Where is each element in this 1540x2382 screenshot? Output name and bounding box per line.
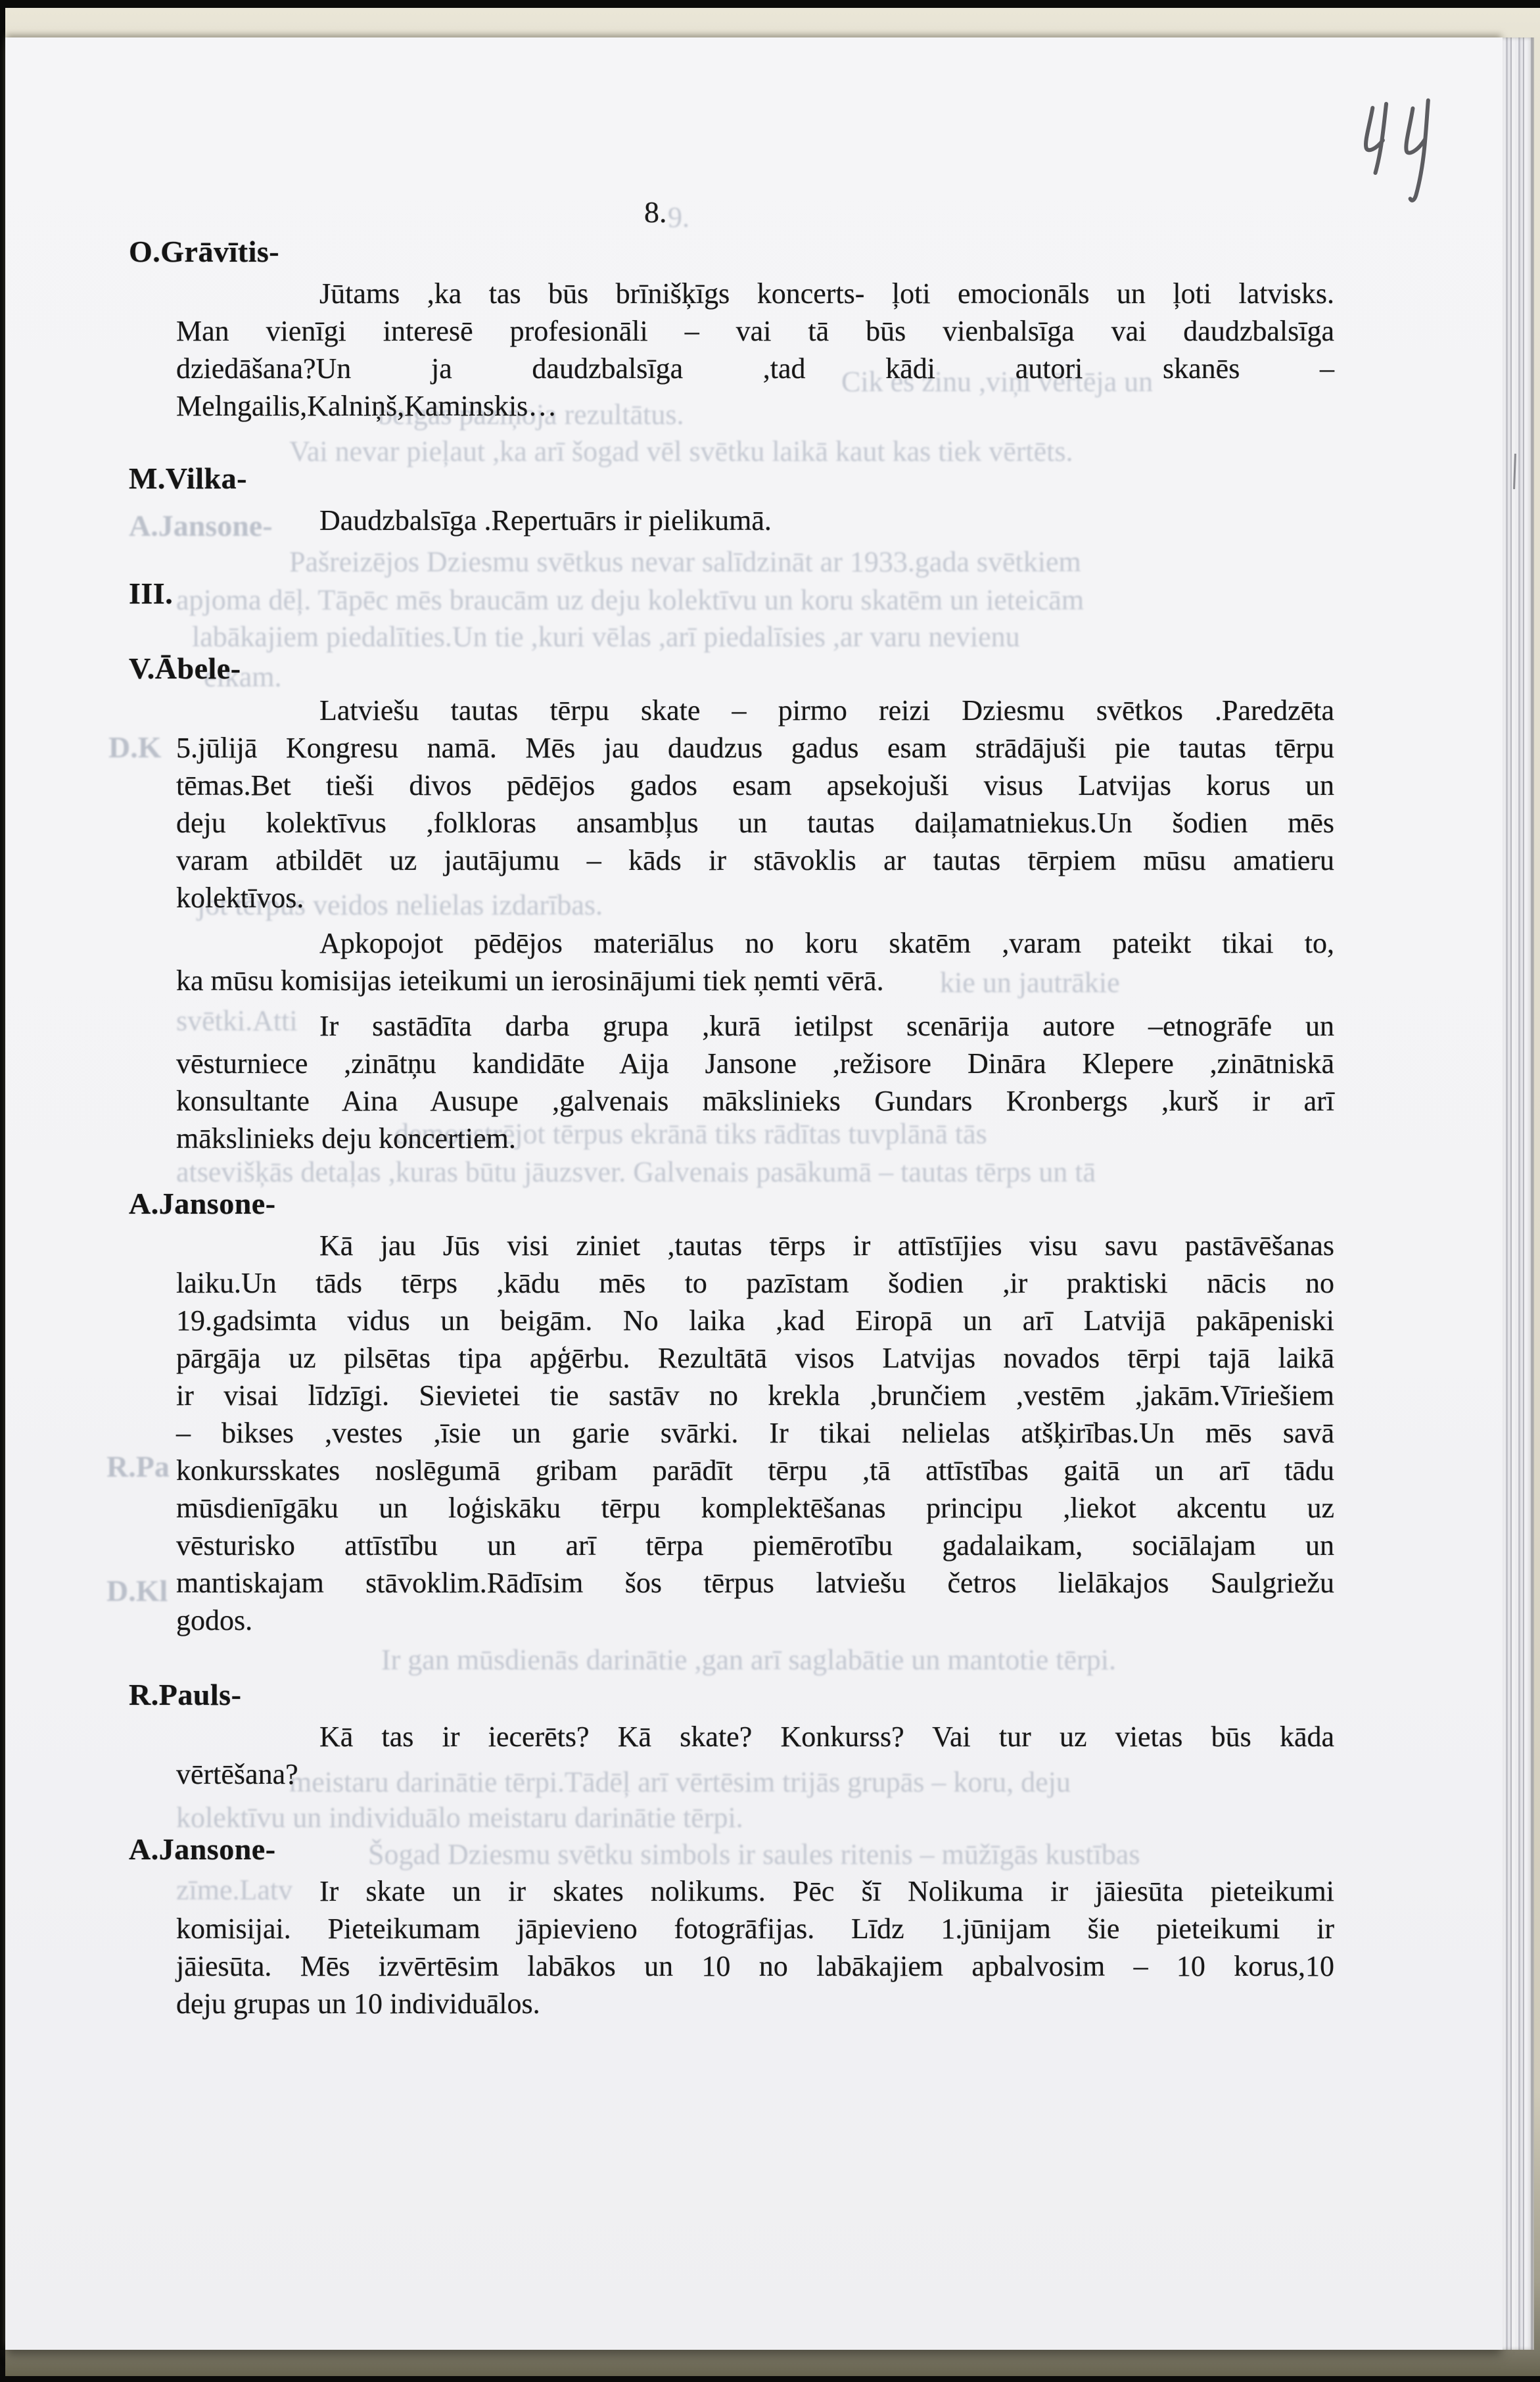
speaker-section: R.Pauls-Kā tas ir iecerēts? Kā skate? Ko… <box>0 1680 1540 1800</box>
text-line: godos. <box>176 1602 1334 1639</box>
ghost-bleed-text: kolektīvu un individuālo meistaru darinā… <box>176 1801 743 1834</box>
paragraph: Kā tas ir iecerēts? Kā skate? Konkurss? … <box>176 1718 1334 1793</box>
text-line: laiku.Un tāds tērps ,kādu mēs to pazīsta… <box>176 1264 1334 1302</box>
paragraph: Daudzbalsīga .Repertuārs ir pielikumā. <box>176 502 1334 539</box>
speaker-label: R.Pauls- <box>129 1680 1540 1710</box>
text-line: Latviešu tautas tērpu skate – pirmo reiz… <box>176 692 1334 729</box>
speaker-label: III. <box>129 579 1540 609</box>
speaker-section: A.Jansone-Kā jau Jūs visi ziniet ,tautas… <box>0 1189 1540 1646</box>
text-line: Apkopojot pēdējos materiālus no koru ska… <box>176 924 1334 962</box>
paragraph: Jūtams ,ka tas būs brīnišķīgs koncerts- … <box>176 275 1334 425</box>
text-line: ir visai līdzīgi. Sievietei tie sastāv n… <box>176 1377 1334 1414</box>
text-line: Kā tas ir iecerēts? Kā skate? Konkurss? … <box>176 1718 1334 1755</box>
ghost-bleed-text: Ir gan mūsdienās darinātie ,gan arī sagl… <box>381 1644 1116 1677</box>
text-line: deju grupas un 10 individuālos. <box>176 1985 1334 2022</box>
text-line: Man vienīgi interesē profesionāli – vai … <box>176 312 1334 350</box>
text-line: konkursskates noslēgumā gribam parādīt t… <box>176 1452 1334 1489</box>
text-line: komisijai. Pieteikumam jāpievieno fotogr… <box>176 1910 1334 1947</box>
text-line: 5.jūlijā Kongresu namā. Mēs jau daudzus … <box>176 729 1334 767</box>
text-line: kolektīvos. <box>176 879 1334 917</box>
speaker-section: O.Grāvītis-Jūtams ,ka tas būs brīnišķīgs… <box>0 237 1540 432</box>
text-line: mūsdienīgāku un loģiskāku tērpu komplekt… <box>176 1489 1334 1527</box>
paragraph: Latviešu tautas tērpu skate – pirmo reiz… <box>176 692 1334 917</box>
speaker-section: A.Jansone-Ir skate un ir skates nolikums… <box>0 1834 1540 2030</box>
text-line: 19.gadsimta vidus un beigām. No laika ,k… <box>176 1302 1334 1339</box>
text-line: vēsturisko attīstību un arī tērpa piemēr… <box>176 1527 1334 1564</box>
text-line: Melngailis,Kalniņš,Kaminskis… <box>176 387 1334 425</box>
text-line: Kā jau Jūs visi ziniet ,tautas tērps ir … <box>176 1227 1334 1264</box>
paragraph: Apkopojot pēdējos materiālus no koru ska… <box>176 924 1334 999</box>
ghost-bleed-text: Pašreizējos Dziesmu svētkus nevar salīdz… <box>289 546 1081 579</box>
text-line: jāiesūta. Mēs izvērtēsim labākos un 10 n… <box>176 1947 1334 1985</box>
ghost-bleed-text: 9. <box>668 201 689 234</box>
text-line: Jūtams ,ka tas būs brīnišķīgs koncerts- … <box>176 275 1334 312</box>
text-line: – bikses ,vestes ,īsie un garie svārki. … <box>176 1414 1334 1452</box>
paragraph: Ir skate un ir skates nolikums. Pēc šī N… <box>176 1872 1334 2022</box>
text-line: konsultante Aina Ausupe ,galvenais māksl… <box>176 1082 1334 1120</box>
speaker-section: M.Vilka-Daudzbalsīga .Repertuārs ir piel… <box>0 464 1540 546</box>
text-line: Ir sastādīta darba grupa ,kurā ietilpst … <box>176 1007 1334 1045</box>
speaker-section: V.Ābele-Latviešu tautas tērpu skate – pi… <box>0 654 1540 1164</box>
speaker-section: III. <box>0 579 1540 609</box>
speaker-label: O.Grāvītis- <box>129 237 1540 267</box>
speaker-label: A.Jansone- <box>129 1834 1540 1865</box>
text-line: mantiskajam stāvoklim.Rādīsim šos tērpus… <box>176 1564 1334 1602</box>
text-line: tēmas.Bet tieši divos pēdējos gados esam… <box>176 767 1334 804</box>
page-number: 8. <box>644 197 667 227</box>
text-line: vēsturniece ,zinātņu kandidāte Aija Jans… <box>176 1045 1334 1082</box>
speaker-label: V.Ābele- <box>129 654 1540 684</box>
text-line: Daudzbalsīga .Repertuārs ir pielikumā. <box>176 502 1334 539</box>
text-line: vērtēšana? <box>176 1755 1334 1793</box>
text-line: pārgāja uz pilsētas tipa apģērbu. Rezult… <box>176 1339 1334 1377</box>
speaker-label: M.Vilka- <box>129 464 1540 494</box>
text-line: mākslinieks deju koncertiem. <box>176 1120 1334 1157</box>
paragraph: Kā jau Jūs visi ziniet ,tautas tērps ir … <box>176 1227 1334 1639</box>
text-line: dziedāšana?Un ja daudzbalsīga ,tad kādi … <box>176 350 1334 387</box>
ghost-bleed-text: labākajiem piedalīties.Un tie ,kuri vēla… <box>192 621 1020 654</box>
handwritten-44 <box>1345 95 1456 212</box>
text-line: Ir skate un ir skates nolikums. Pēc šī N… <box>176 1872 1334 1910</box>
text-line: varam atbildēt uz jautājumu – kāds ir st… <box>176 842 1334 879</box>
text-line: deju kolektīvus ,folkloras ansambļus un … <box>176 804 1334 842</box>
paragraph: Ir sastādīta darba grupa ,kurā ietilpst … <box>176 1007 1334 1157</box>
speaker-label: A.Jansone- <box>129 1189 1540 1219</box>
text-line: ka mūsu komisijas ieteikumi un ierosināj… <box>176 962 1334 999</box>
